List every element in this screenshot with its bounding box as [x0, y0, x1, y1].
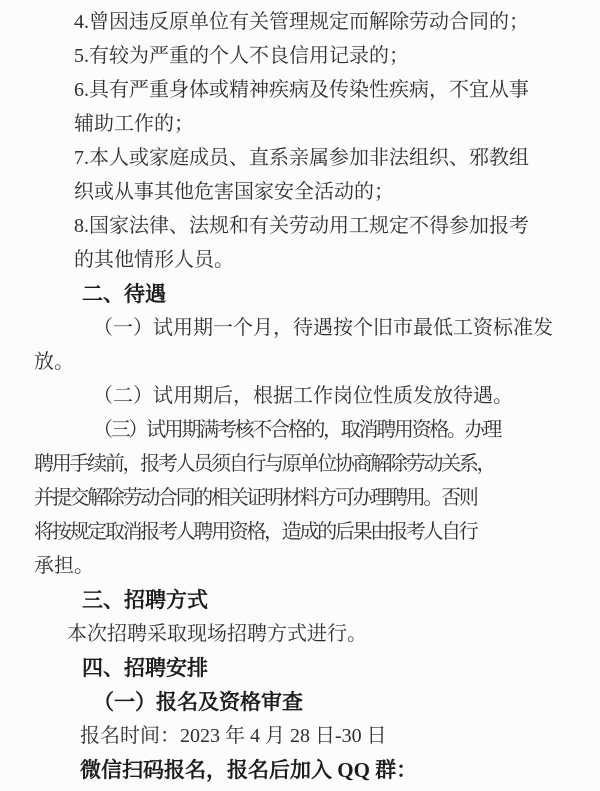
- section-heading-method: 三、招聘方式: [0, 583, 600, 617]
- item-4-line: 4.曾因违反原单位有关管理规定而解除劳动合同的；: [0, 5, 600, 39]
- treatment-para-3-line-2: 聘用手续前，报考人员须自行与原单位协商解除劳动关系，: [0, 447, 600, 481]
- treatment-para-3-line-1: （三）试用期满考核不合格的，取消聘用资格。办理: [0, 413, 600, 447]
- section-heading-arrangement: 四、招聘安排: [0, 651, 600, 685]
- item-7-line-1: 7.本人或家庭成员、直系亲属参加非法组织、邪教组: [0, 141, 600, 175]
- item-7-line-2: 织或从事其他危害国家安全活动的；: [0, 175, 600, 209]
- item-6-line-2: 辅助工作的；: [0, 107, 600, 141]
- item-8-line-1: 8.国家法律、法规和有关劳动用工规定不得参加报考: [0, 209, 600, 243]
- subsection-heading-registration: （一）报名及资格审查: [0, 685, 600, 719]
- document-page: 4.曾因违反原单位有关管理规定而解除劳动合同的； 5.有较为严重的个人不良信用记…: [0, 0, 600, 791]
- treatment-para-1-line-1: （一）试用期一个月，待遇按个旧市最低工资标准发: [0, 311, 600, 345]
- registration-time-line: 报名时间：2023 年 4 月 28 日-30 日: [0, 719, 600, 753]
- item-6-line-1: 6.具有严重身体或精神疾病及传染性疾病，不宜从事: [0, 73, 600, 107]
- recruitment-method-line: 本次招聘采取现场招聘方式进行。: [0, 617, 600, 651]
- section-heading-treatment: 二、待遇: [0, 277, 600, 311]
- treatment-para-2-line: （二）试用期后，根据工作岗位性质发放待遇。: [0, 379, 600, 413]
- treatment-para-3-line-3: 并提交解除劳动合同的相关证明材料方可办理聘用。否则: [0, 481, 600, 515]
- treatment-para-1-line-2: 放。: [0, 345, 600, 379]
- wechat-qq-note-line: 微信扫码报名，报名后加入 QQ 群：: [0, 753, 600, 787]
- treatment-para-3-line-5: 承担。: [0, 549, 600, 583]
- item-8-line-2: 的其他情形人员。: [0, 243, 600, 277]
- item-5-line: 5.有较为严重的个人不良信用记录的；: [0, 39, 600, 73]
- treatment-para-3-line-4: 将按规定取消报考人聘用资格，造成的后果由报考人自行: [0, 515, 600, 549]
